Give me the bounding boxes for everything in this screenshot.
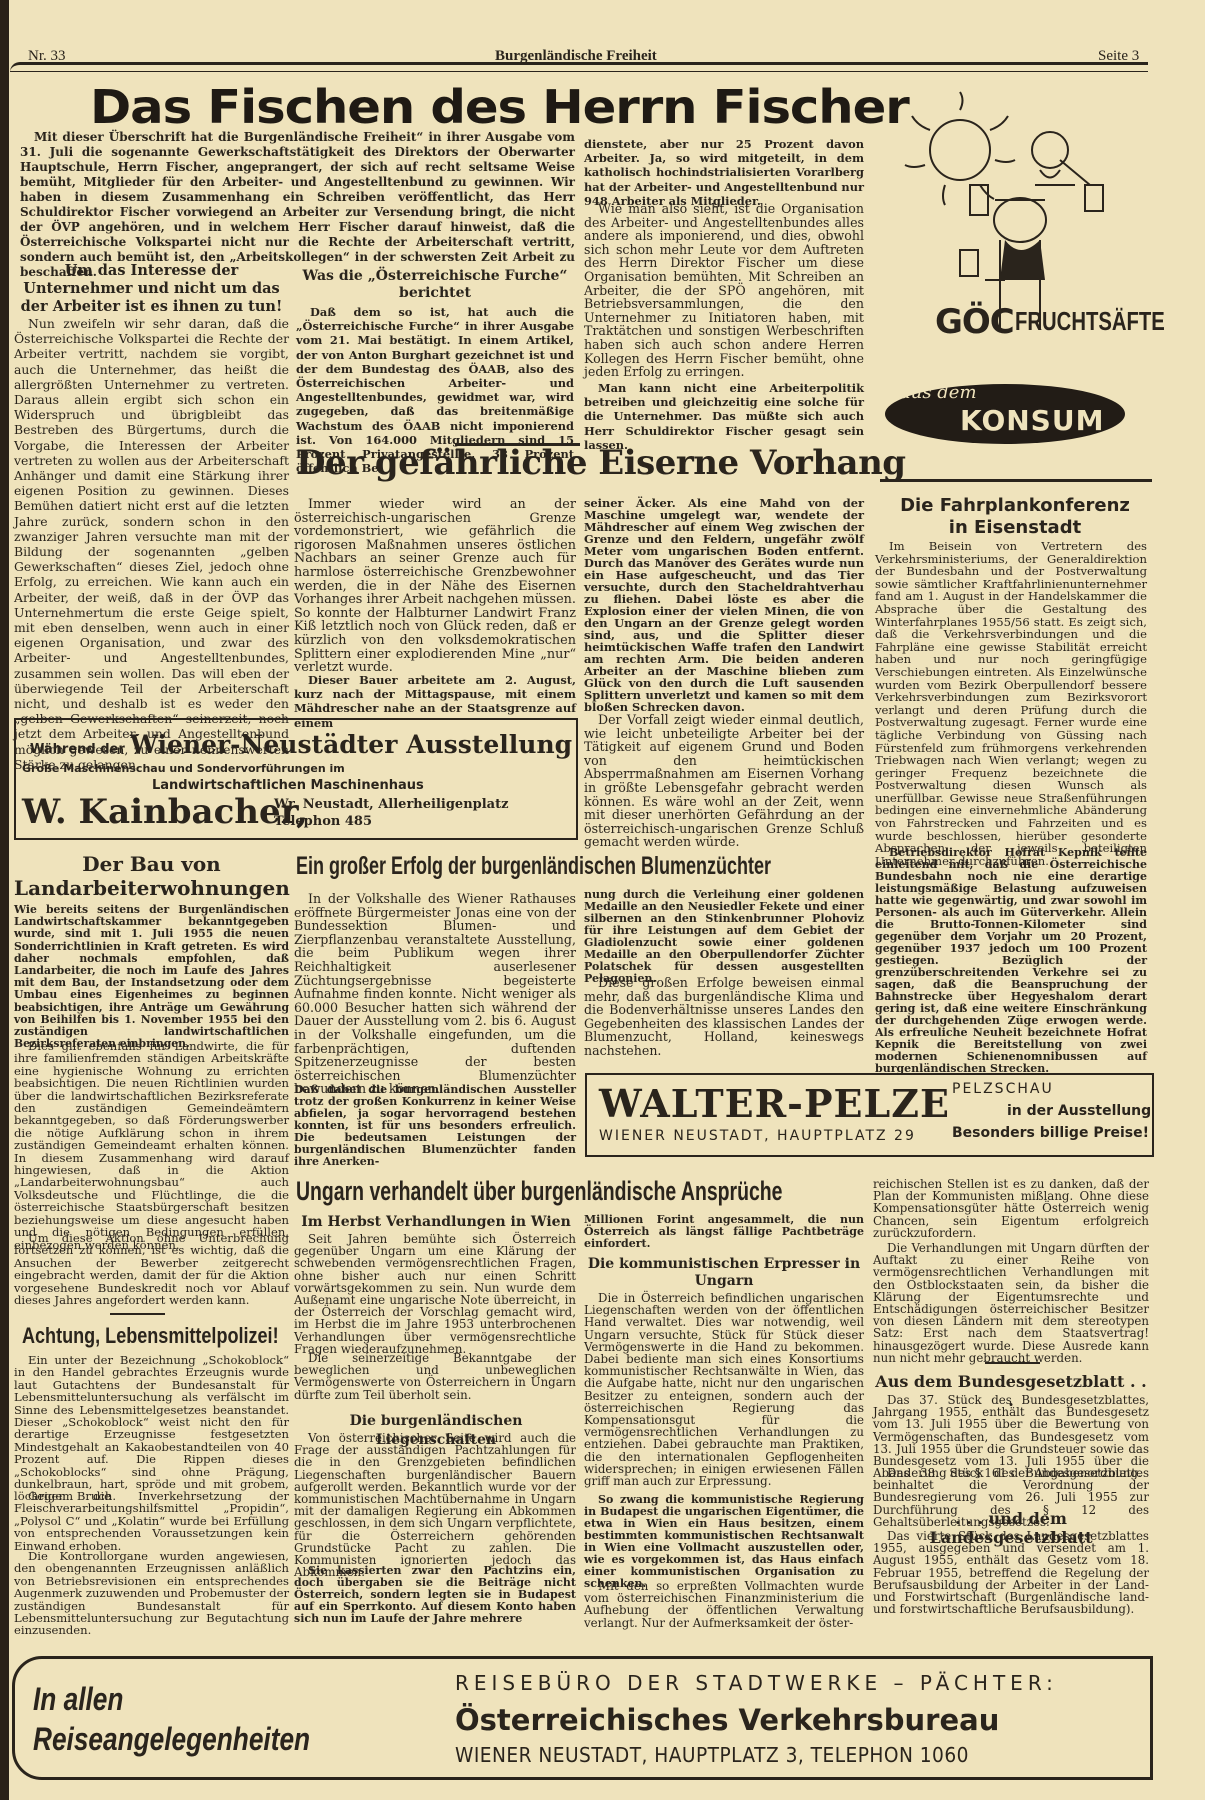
lebensmittel-body-3: Die Kontrollorgane wurden angewiesen, de… xyxy=(14,1550,289,1637)
pelze-prices: Besonders billige Preise! xyxy=(952,1125,1149,1141)
pelze-exhibition: in der Ausstellung xyxy=(1007,1103,1151,1119)
fischer-body-1: Nun zweifeln wir sehr daran, daß die Öst… xyxy=(14,316,289,772)
landarbeiter-body-2: Dies gilt ebenfalls für Landwirte, die f… xyxy=(14,1040,289,1251)
ungarn-end-rule xyxy=(985,1362,1040,1364)
goc-product: FRUCHTSÄFTE xyxy=(1015,306,1165,337)
headline-vorhang: Der gefährliche Eiserne Vorhang xyxy=(296,443,906,483)
fischer-subhead-2: Was die „Österreichische Furche“ bericht… xyxy=(300,268,570,302)
konsum-script: aus dem xyxy=(900,382,977,403)
landarbeiter-end-rule xyxy=(110,1313,165,1315)
ungarn-body-10: Die Verhandlungen mit Ungarn dürften der… xyxy=(873,1242,1149,1364)
masthead-rule xyxy=(10,62,1148,72)
fischer-body-3-bold: dienstete, aber nur 25 Prozent davon Arb… xyxy=(584,137,864,208)
kainbacher-address: Wr. Neustadt, Allerheiligenplatz xyxy=(274,797,509,812)
vorhang-body-1: Immer wieder wird an der österreichisch-… xyxy=(294,498,576,675)
landarbeiter-body-1: Wie bereits seitens der Burgenländischen… xyxy=(14,904,289,1050)
reisebuero-left-1: In allen xyxy=(33,1681,123,1718)
vorhang-body-4: Der Vorfall zeigt wieder einmal deutlich… xyxy=(584,713,864,849)
kainbacher-headline-row: Während der Wiener-Neustädter Ausstellun… xyxy=(30,730,572,759)
blumen-body-3: nung durch die Verleihung einer goldenen… xyxy=(584,889,864,985)
reisebuero-name: Österreichisches Verkehrsbureau xyxy=(455,1703,999,1737)
fischer-subhead-1: Um das Interesse der Unternehmer und nic… xyxy=(14,262,289,316)
kainbacher-ad: Während der Wiener-Neustädter Ausstellun… xyxy=(14,718,578,840)
ungarn-body-6: Die in Österreich befindlichen ungarisch… xyxy=(584,1292,864,1487)
headline-blumen: Ein großer Erfolg der burgenländischen B… xyxy=(296,852,771,881)
fischer-lead: Mit dieser Überschrift hat die Burgenlän… xyxy=(20,130,575,280)
ungarn-body-5: Millionen Forint angesammelt, die nun Ös… xyxy=(584,1214,864,1250)
fahrplan-body-2: Betriebsdirektor Hofrat Kepnik teilte ei… xyxy=(875,847,1147,1075)
lebensmittel-body-1: Ein unter der Bezeichnung „Schokoblock“ … xyxy=(14,1354,289,1503)
page-binding-edge xyxy=(0,0,9,1800)
ungarn-body-2: Die seinerzeitige Bekanntgabe der bewegl… xyxy=(294,1352,576,1401)
pelze-name: WALTER-PELZE xyxy=(599,1081,950,1126)
ungarn-body-1: Seit Jahren bemühte sich Österreich gege… xyxy=(294,1233,576,1355)
walter-pelze-ad: WALTER-PELZE WIENER NEUSTADT, HAUPTPLATZ… xyxy=(585,1073,1154,1157)
landarbeiter-body-3: Um diese Aktion ohne Unterbrechung forts… xyxy=(14,1232,289,1306)
pelze-show: PELZSCHAU xyxy=(952,1081,1054,1097)
fischer-body-3: Wie man also sieht, ist die Organisation… xyxy=(584,202,864,379)
blumen-body-2: Daß dabei die burgenländischen Ausstelle… xyxy=(294,1084,576,1168)
reisebuero-line-1: REISEBÜRO DER STADTWERKE – PÄCHTER: xyxy=(455,1671,1058,1695)
blumen-body-1: In der Volkshalle des Wiener Rathauses e… xyxy=(294,892,576,1096)
headline-fischer: Das Fischen des Herrn Fischer xyxy=(90,80,909,134)
fahrplan-body-1: Im Beisein von Vertretern des Verkehrsmi… xyxy=(875,540,1147,867)
ungarn-body-7: So zwang die kommunistische Regierung in… xyxy=(584,1494,864,1590)
ungarn-subhead-1: Im Herbst Verhandlungen in Wien xyxy=(296,1213,576,1232)
ungarn-body-4: Sie kassierten zwar den Pachtzins ein, d… xyxy=(294,1565,576,1625)
reisebuero-left-2: Reiseangelegenheiten xyxy=(33,1721,310,1758)
kainbacher-venue: Landwirtschaftlichen Maschinenhaus xyxy=(152,778,424,793)
headline-landarbeiter: Der Bau von Landarbeiterwohnungen xyxy=(14,852,289,900)
pelze-address: WIENER NEUSTADT, HAUPTPLATZ 29 xyxy=(599,1128,916,1144)
ungarn-body-8: Mit den so erpreßten Vollmachten wurde v… xyxy=(584,1580,864,1629)
kainbacher-phone: Telephon 485 xyxy=(274,814,372,829)
fischer-closing: Man kann nicht eine Arbeiterpolitik betr… xyxy=(584,381,864,452)
ungarn-subhead-3: Die kommunistischen Erpresser in Ungarn xyxy=(584,1256,864,1290)
blumen-body-4: Diese großen Erfolge beweisen einmal meh… xyxy=(584,976,864,1058)
vorhang-body-3: seiner Äcker. Als eine Mahd von der Masc… xyxy=(584,497,864,713)
headline-lebensmittel: Achtung, Lebensmittelpolizei! xyxy=(22,1323,279,1349)
column-rule-right xyxy=(880,479,1152,482)
ungarn-body-9: reichischen Stellen ist es zu danken, da… xyxy=(873,1178,1149,1239)
ungarn-body-3: Von österreichischer Seite wird auch die… xyxy=(294,1432,576,1578)
lebensmittel-body-2: Gegen die Inverkehrsetzung der Fleischve… xyxy=(14,1490,289,1552)
reisebuero-address: WIENER NEUSTADT, HAUPTPLATZ 3, TELEPHON … xyxy=(455,1743,969,1767)
goc-brand: GÖC xyxy=(935,302,1014,342)
kainbacher-machinery: Große Maschinenschau und Sondervorführun… xyxy=(22,762,345,775)
gesetzblatt-body-3: Das vierte Stück des Landesgesetzblattes… xyxy=(873,1530,1149,1615)
kainbacher-during: Während der xyxy=(30,742,125,757)
konsum-label: KONSUM xyxy=(960,404,1104,437)
reisebuero-ad: In allen Reiseangelegenheiten REISEBÜRO … xyxy=(12,1656,1153,1780)
kainbacher-exhibition: Wiener-Neustädter Ausstellung xyxy=(130,730,572,759)
headline-fahrplan: Die Fahrplankonferenz in Eisenstadt xyxy=(890,495,1140,539)
kainbacher-name: W. Kainbacher, xyxy=(22,792,308,832)
headline-ungarn: Ungarn verhandelt über burgenländische A… xyxy=(296,1176,782,1207)
